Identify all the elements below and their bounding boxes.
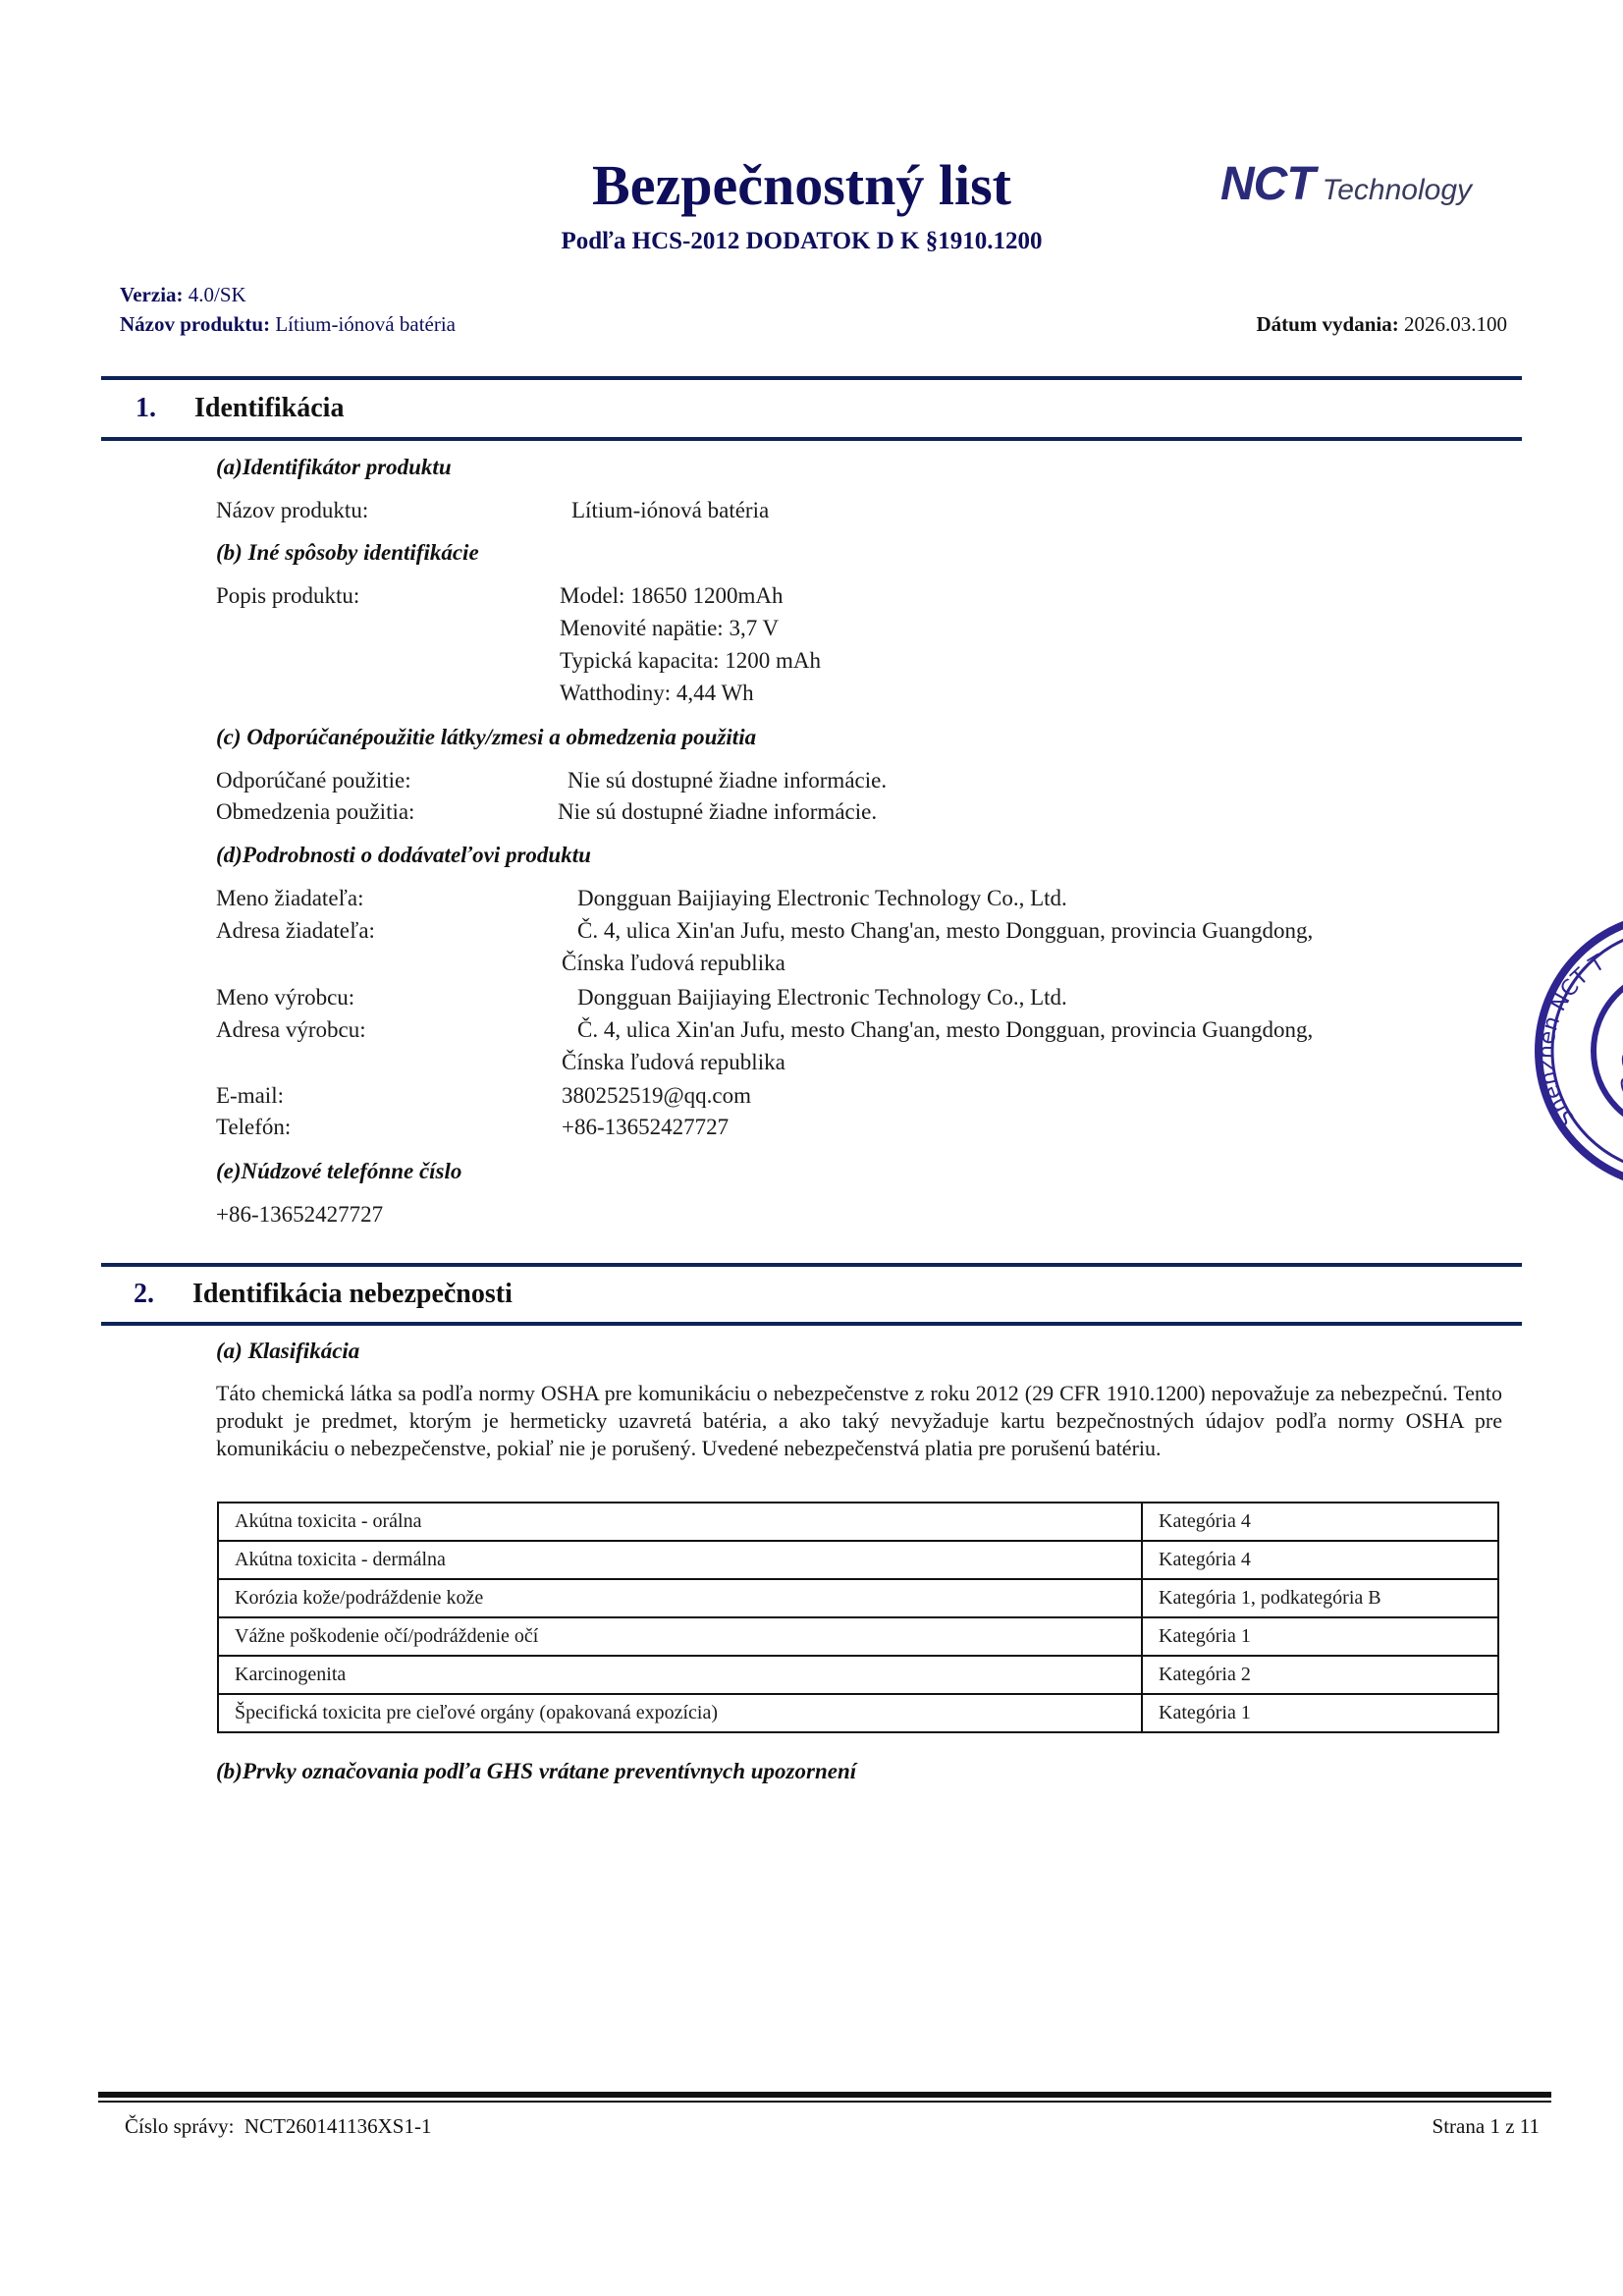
- product-capacity: Typická kapacita: 1200 mAh: [560, 648, 821, 674]
- hazard-category-cell: Kategória 2: [1142, 1656, 1498, 1694]
- product-description-label: Popis produktu:: [216, 583, 359, 609]
- table-row: Vážne poškodenie očí/podráždenie očíKate…: [218, 1617, 1498, 1656]
- classification-heading: (a) Klasifikácia: [216, 1339, 359, 1364]
- product-label: Názov produktu:: [120, 312, 270, 336]
- footer-rule-thick: [98, 2092, 1551, 2098]
- applicant-name-label: Meno žiadateľa:: [216, 886, 363, 911]
- email-label: E-mail:: [216, 1083, 284, 1109]
- laurel-icon: [1618, 1002, 1623, 1115]
- manufacturer-address-label: Adresa výrobcu:: [216, 1017, 366, 1043]
- section-1-title: Identifikácia: [194, 393, 344, 424]
- manufacturer-address-line-2: Čínska ľudová republika: [562, 1050, 785, 1075]
- report-number-value: NCT260141136XS1-1: [244, 2114, 432, 2138]
- version-value: 4.0/SK: [189, 283, 246, 306]
- phone-label: Telefón:: [216, 1115, 291, 1140]
- issue-date-label: Dátum vydania:: [1256, 312, 1398, 336]
- product-line: Názov produktu: Lítium-iónová batéria: [120, 312, 456, 337]
- hazard-category-cell: Kategória 1: [1142, 1694, 1498, 1732]
- section-rule-bottom: [101, 437, 1522, 441]
- hazard-category-cell: Kategória 1: [1142, 1617, 1498, 1656]
- report-number-label: Číslo správy:: [125, 2114, 234, 2138]
- product-name-label: Názov produktu:: [216, 498, 368, 523]
- product-voltage: Menovité napätie: 3,7 V: [560, 616, 779, 641]
- applicant-address-line-2: Čínska ľudová republika: [562, 951, 785, 976]
- recommended-use-label: Odporúčané použitie:: [216, 768, 411, 793]
- applicant-address-line-1: Č. 4, ulica Xin'an Jufu, mesto Chang'an,…: [577, 918, 1313, 944]
- hazard-category-cell: Kategória 1, podkategória B: [1142, 1579, 1498, 1617]
- applicant-name-value: Dongguan Baijiaying Electronic Technolog…: [577, 886, 1067, 911]
- logo-mark: NCT: [1220, 158, 1315, 210]
- product-value: Lítium-iónová batéria: [275, 312, 456, 336]
- applicant-address-label: Adresa žiadateľa:: [216, 918, 375, 944]
- use-restrictions-label: Obmedzenia použitia:: [216, 799, 414, 825]
- table-row: Korózia kože/podráždenie kožeKategória 1…: [218, 1579, 1498, 1617]
- manufacturer-address-line-1: Č. 4, ulica Xin'an Jufu, mesto Chang'an,…: [577, 1017, 1313, 1043]
- hazard-class-cell: Akútna toxicita - dermálna: [218, 1541, 1142, 1579]
- company-logo: NCTTechnology: [1220, 157, 1472, 206]
- version-line: Verzia: 4.0/SK: [120, 283, 246, 307]
- use-restrictions-value: Nie sú dostupné žiadne informácie.: [558, 799, 877, 825]
- logo-text: Technology: [1323, 174, 1472, 206]
- manufacturer-name-label: Meno výrobcu:: [216, 985, 354, 1011]
- email-value: 380252519@qq.com: [562, 1083, 751, 1109]
- manufacturer-name-value: Dongguan Baijiaying Electronic Technolog…: [577, 985, 1067, 1011]
- hazard-classification-table: Akútna toxicita - orálnaKategória 4Akútn…: [217, 1502, 1499, 1733]
- hazard-class-cell: Vážne poškodenie očí/podráždenie očí: [218, 1617, 1142, 1656]
- section-2-title: Identifikácia nebezpečnosti: [192, 1279, 513, 1310]
- subsection-b-heading: (b) Iné spôsoby identifikácie: [216, 540, 479, 566]
- table-row: Akútna toxicita - dermálnaKategória 4: [218, 1541, 1498, 1579]
- section-2-rule-bottom: [101, 1322, 1522, 1326]
- product-watthours: Watthodiny: 4,44 Wh: [560, 681, 754, 706]
- issue-date-value: 2026.03.100: [1404, 312, 1507, 336]
- hazard-category-cell: Kategória 4: [1142, 1503, 1498, 1541]
- version-label: Verzia:: [120, 283, 184, 306]
- hazard-class-cell: Korózia kože/podráždenie kože: [218, 1579, 1142, 1617]
- phone-value: +86-13652427727: [562, 1115, 729, 1140]
- footer-rule-thin: [98, 2101, 1551, 2103]
- section-rule-top: [101, 376, 1522, 380]
- section-2-rule-top: [101, 1263, 1522, 1267]
- hazard-class-cell: Karcinogenita: [218, 1656, 1142, 1694]
- table-row: Špecifická toxicita pre cieľové orgány (…: [218, 1694, 1498, 1732]
- table-row: KarcinogenitaKategória 2: [218, 1656, 1498, 1694]
- hazard-class-cell: Špecifická toxicita pre cieľové orgány (…: [218, 1694, 1142, 1732]
- product-model: Model: 18650 1200mAh: [560, 583, 783, 609]
- issue-date-line: Dátum vydania: 2026.03.100: [1256, 312, 1507, 337]
- subsection-e-heading: (e)Núdzové telefónne číslo: [216, 1159, 461, 1184]
- section-1-number: 1.: [135, 393, 156, 424]
- document-subtitle: Podľa HCS-2012 DODATOK D K §1910.1200: [0, 228, 1623, 255]
- recommended-use-value: Nie sú dostupné žiadne informácie.: [568, 768, 887, 793]
- ghs-labeling-heading: (b)Prvky označovania podľa GHS vrátane p…: [216, 1759, 856, 1784]
- table-row: Akútna toxicita - orálnaKategória 4: [218, 1503, 1498, 1541]
- section-2-number: 2.: [134, 1279, 154, 1310]
- hazard-category-cell: Kategória 4: [1142, 1541, 1498, 1579]
- product-name-value: Lítium-iónová batéria: [571, 498, 769, 523]
- subsection-d-heading: (d)Podrobnosti o dodávateľovi produktu: [216, 843, 591, 868]
- company-stamp: Shenzhen NCT T: [1532, 908, 1623, 1193]
- hazard-class-cell: Akútna toxicita - orálna: [218, 1503, 1142, 1541]
- emergency-phone-value: +86-13652427727: [216, 1202, 383, 1228]
- subsection-a-heading: (a)Identifikátor produktu: [216, 455, 452, 480]
- classification-paragraph: Táto chemická látka sa podľa normy OSHA …: [216, 1380, 1502, 1462]
- subsection-c-heading: (c) Odporúčanépoužitie látky/zmesi a obm…: [216, 725, 756, 750]
- report-number-line: Číslo správy: NCT260141136XS1-1: [125, 2114, 431, 2139]
- page-number: Strana 1 z 11: [1433, 2114, 1540, 2139]
